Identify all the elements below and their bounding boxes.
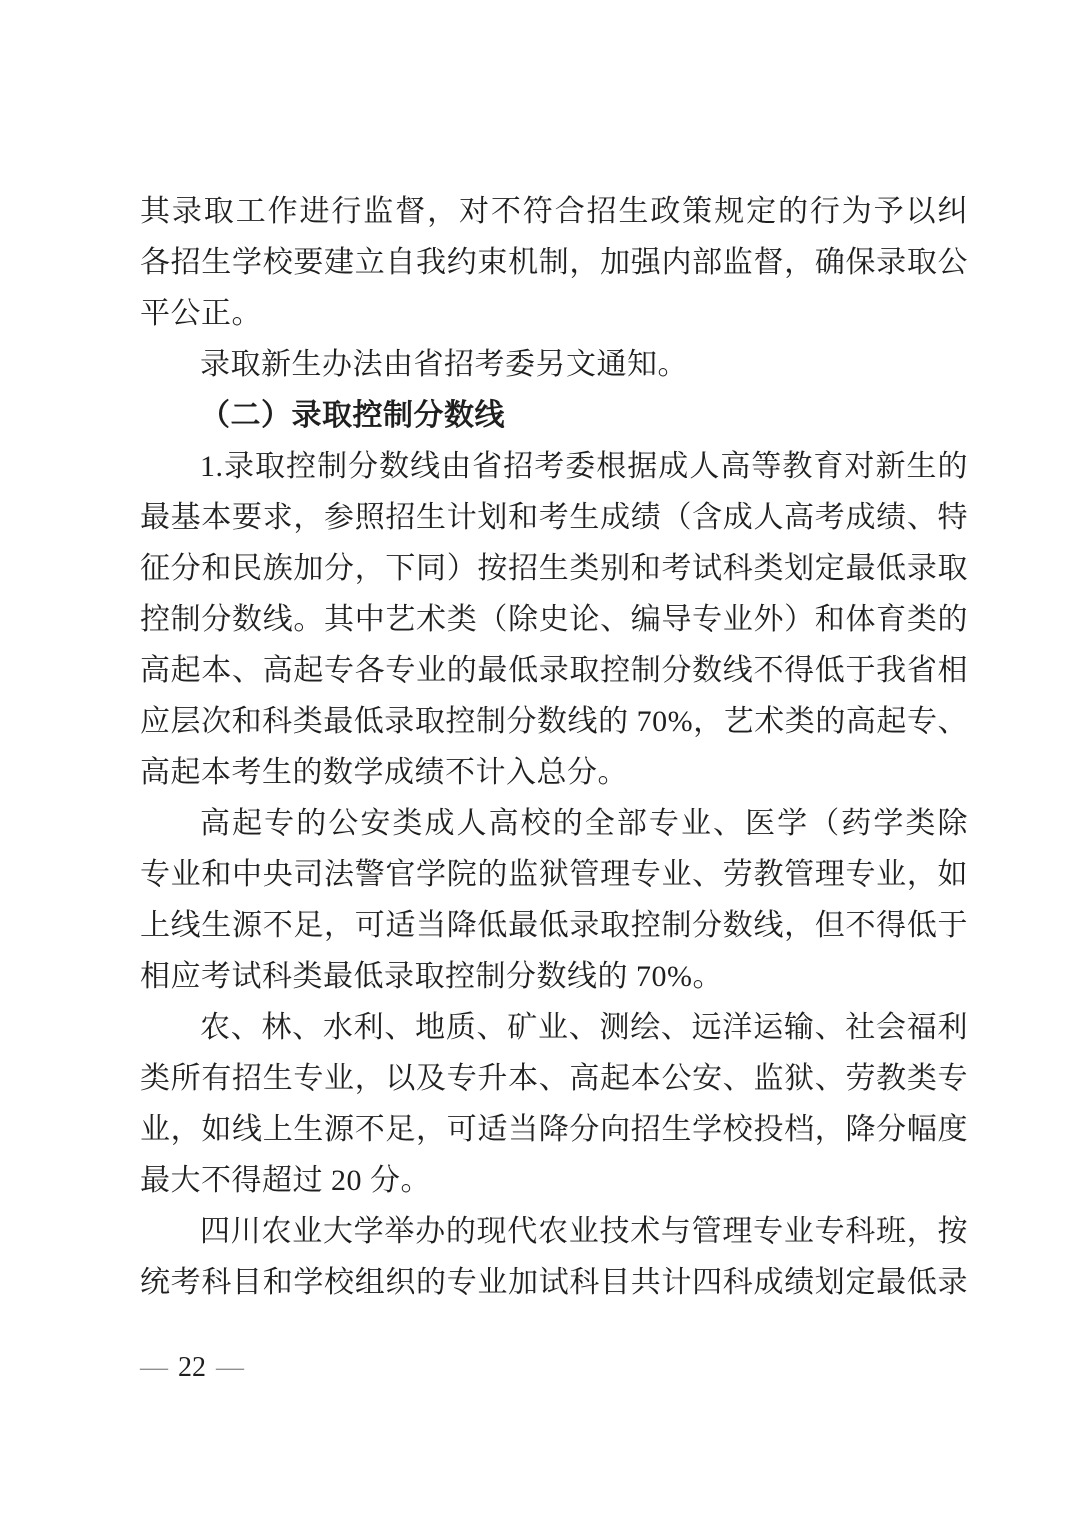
footer-dash-right: — [216, 1345, 244, 1391]
text-line: 平公正。 [140, 288, 968, 339]
text-line: 上线生源不足，可适当降低最低录取控制分数线，但不得低于 [140, 900, 968, 951]
text-line: 类所有招生专业，以及专升本、高起本公安、监狱、劳教类专 [140, 1053, 968, 1104]
text-line: （二）录取控制分数线 [140, 390, 968, 441]
text-line: 统考科目和学校组织的专业加试科目共计四科成绩划定最低录 [140, 1257, 968, 1308]
text-line: 高起专的公安类成人高校的全部专业、医学（药学类除外） [140, 798, 968, 849]
text-line: 录取新生办法由省招考委另文通知。 [140, 339, 968, 390]
text-line: 1.录取控制分数线由省招考委根据成人高等教育对新生的 [140, 441, 968, 492]
text-line: 四川农业大学举办的现代农业技术与管理专业专科班，按 [140, 1206, 968, 1257]
text-line: 专业和中央司法警官学院的监狱管理专业、劳教管理专业，如 [140, 849, 968, 900]
paragraph: 1.录取控制分数线由省招考委根据成人高等教育对新生的最基本要求，参照招生计划和考… [140, 441, 968, 798]
paragraph: 农、林、水利、地质、矿业、测绘、远洋运输、社会福利类所有招生专业，以及专升本、高… [140, 1002, 968, 1206]
text-line: 农、林、水利、地质、矿业、测绘、远洋运输、社会福利 [140, 1002, 968, 1053]
text-line: 相应考试科类最低录取控制分数线的 70%。 [140, 951, 968, 1002]
text-line: 征分和民族加分，下同）按招生类别和考试科类划定最低录取 [140, 543, 968, 594]
text-line: 业，如线上生源不足，可适当降分向招生学校投档，降分幅度 [140, 1104, 968, 1155]
text-line: 最基本要求，参照招生计划和考生成绩（含成人高考成绩、特 [140, 492, 968, 543]
page-footer: — 22 — [140, 1345, 244, 1391]
footer-dash-left: — [140, 1345, 168, 1391]
paragraph: 录取新生办法由省招考委另文通知。 [140, 339, 968, 390]
paragraph: 高起专的公安类成人高校的全部专业、医学（药学类除外）专业和中央司法警官学院的监狱… [140, 798, 968, 1002]
text-block: 其录取工作进行监督，对不符合招生政策规定的行为予以纠正。各招生学校要建立自我约束… [140, 186, 968, 1308]
text-line: 最大不得超过 20 分。 [140, 1155, 968, 1206]
text-line: 应层次和科类最低录取控制分数线的 70%，艺术类的高起专、 [140, 696, 968, 747]
text-line: 高起本、高起专各专业的最低录取控制分数线不得低于我省相 [140, 645, 968, 696]
footer-page-number: 22 [178, 1345, 206, 1391]
text-line: 各招生学校要建立自我约束机制，加强内部监督，确保录取公 [140, 237, 968, 288]
paragraph: 其录取工作进行监督，对不符合招生政策规定的行为予以纠正。各招生学校要建立自我约束… [140, 186, 968, 339]
text-line: 控制分数线。其中艺术类（除史论、编导专业外）和体育类的 [140, 594, 968, 645]
document-page: 其录取工作进行监督，对不符合招生政策规定的行为予以纠正。各招生学校要建立自我约束… [0, 0, 1080, 1527]
text-line: 高起本考生的数学成绩不计入总分。 [140, 747, 968, 798]
section-heading: （二）录取控制分数线 [140, 390, 968, 441]
paragraph: 四川农业大学举办的现代农业技术与管理专业专科班，按统考科目和学校组织的专业加试科… [140, 1206, 968, 1308]
text-line: 其录取工作进行监督，对不符合招生政策规定的行为予以纠正。 [140, 186, 968, 237]
